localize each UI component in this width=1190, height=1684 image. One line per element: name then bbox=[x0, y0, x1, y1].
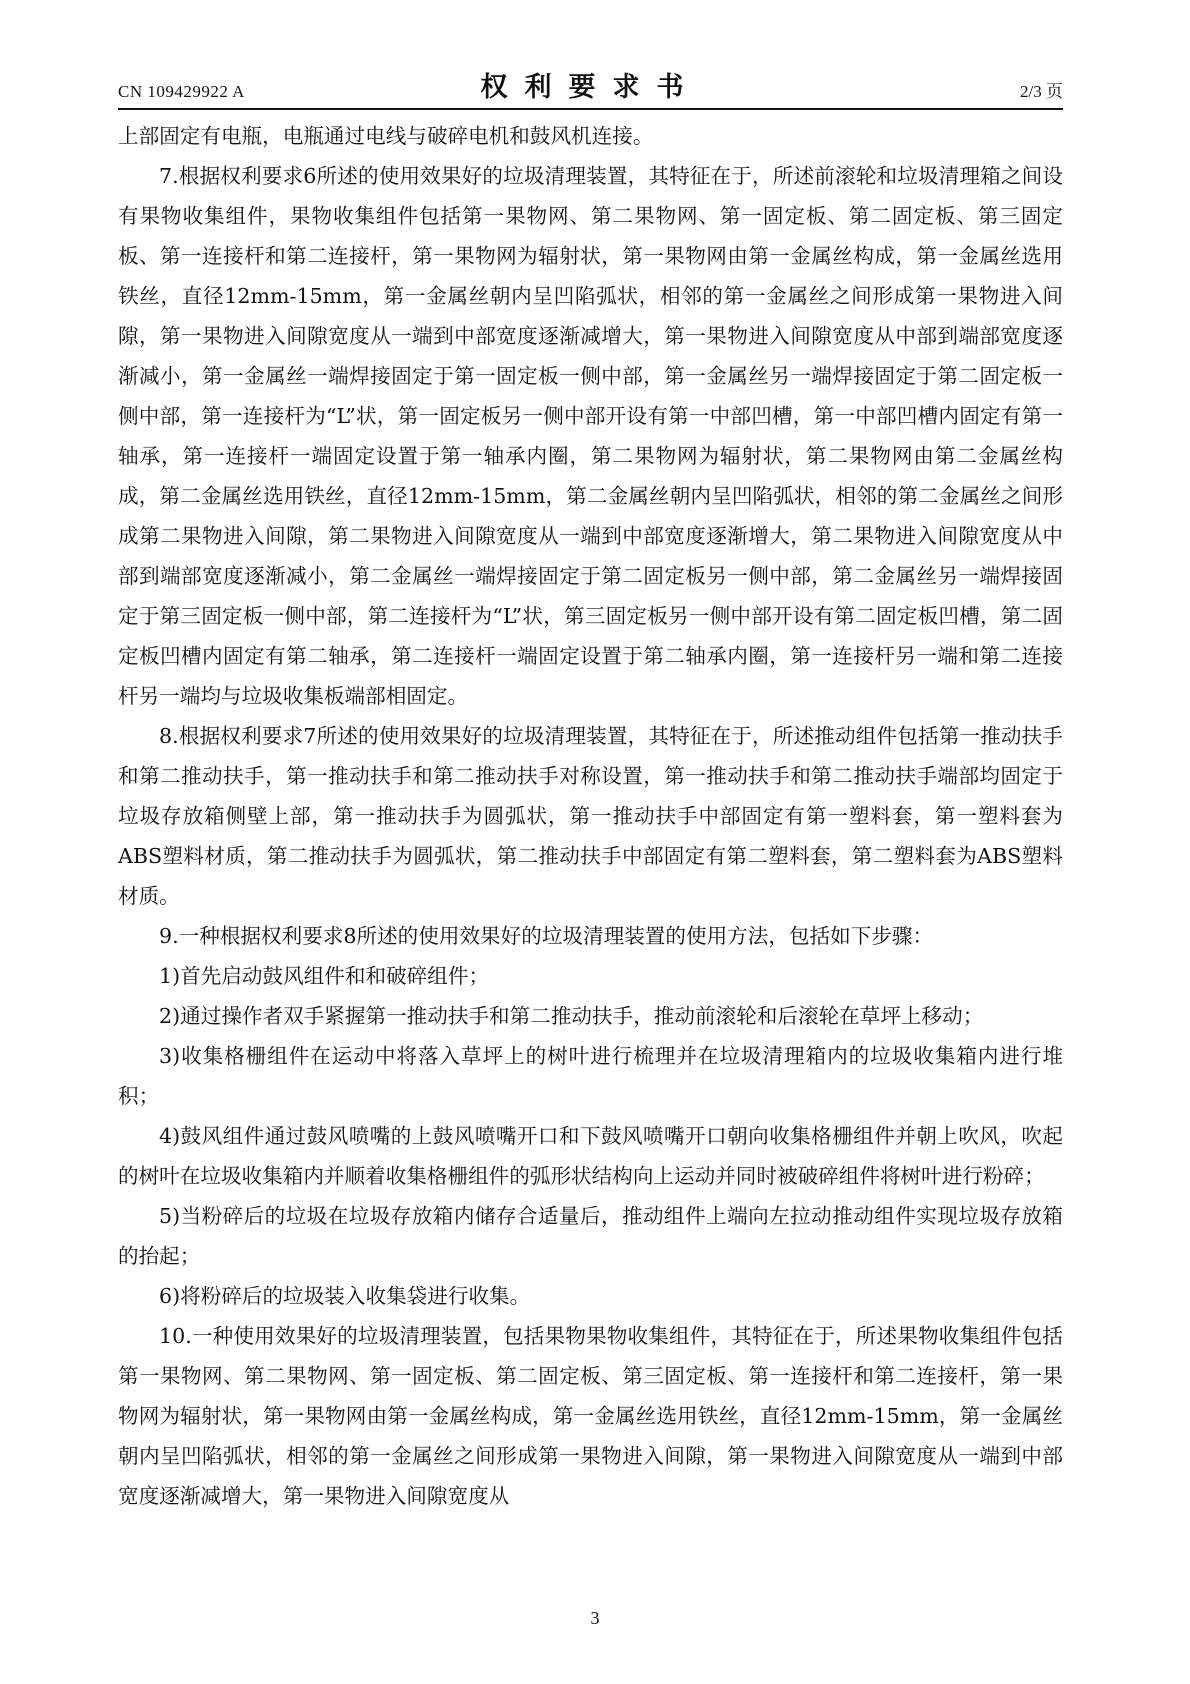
claim-9-step-2: 2)通过操作者双手紧握第一推动扶手和第二推动扶手，推动前滚轮和后滚轮在草坪上移动… bbox=[118, 996, 1063, 1036]
claims-body: 上部固定有电瓶，电瓶通过电线与破碎电机和鼓风机连接。 7.根据权利要求6所述的使… bbox=[118, 116, 1063, 1516]
document-title: 权利要求书 bbox=[118, 65, 1063, 104]
claim-8: 8.根据权利要求7所述的使用效果好的垃圾清理装置，其特征在于，所述推动组件包括第… bbox=[118, 716, 1063, 916]
page-number: 3 bbox=[0, 1608, 1190, 1629]
claim-7: 7.根据权利要求6所述的使用效果好的垃圾清理装置，其特征在于，所述前滚轮和垃圾清… bbox=[118, 156, 1063, 716]
claim-9: 9.一种根据权利要求8所述的使用效果好的垃圾清理装置的使用方法，包括如下步骤： bbox=[118, 916, 1063, 956]
header-divider bbox=[118, 108, 1063, 110]
page-header: CN 109429922 A 权利要求书 2/3 页 bbox=[118, 62, 1063, 108]
claim-10: 10.一种使用效果好的垃圾清理装置，包括果物果物收集组件，其特征在于，所述果物收… bbox=[118, 1316, 1063, 1516]
claim-9-step-5: 5)当粉碎后的垃圾在垃圾存放箱内储存合适量后，推动组件上端向左拉动推动组件实现垃… bbox=[118, 1196, 1063, 1276]
claim-9-step-3: 3)收集格栅组件在运动中将落入草坪上的树叶进行梳理并在垃圾清理箱内的垃圾收集箱内… bbox=[118, 1036, 1063, 1116]
paragraph-continuation: 上部固定有电瓶，电瓶通过电线与破碎电机和鼓风机连接。 bbox=[118, 116, 1063, 156]
claim-9-step-4: 4)鼓风组件通过鼓风喷嘴的上鼓风喷嘴开口和下鼓风喷嘴开口朝向收集格栅组件并朝上吹… bbox=[118, 1116, 1063, 1196]
claim-9-step-1: 1)首先启动鼓风组件和和破碎组件； bbox=[118, 956, 1063, 996]
page-indicator: 2/3 页 bbox=[1020, 77, 1063, 102]
claim-9-step-6: 6)将粉碎后的垃圾装入收集袋进行收集。 bbox=[118, 1276, 1063, 1316]
